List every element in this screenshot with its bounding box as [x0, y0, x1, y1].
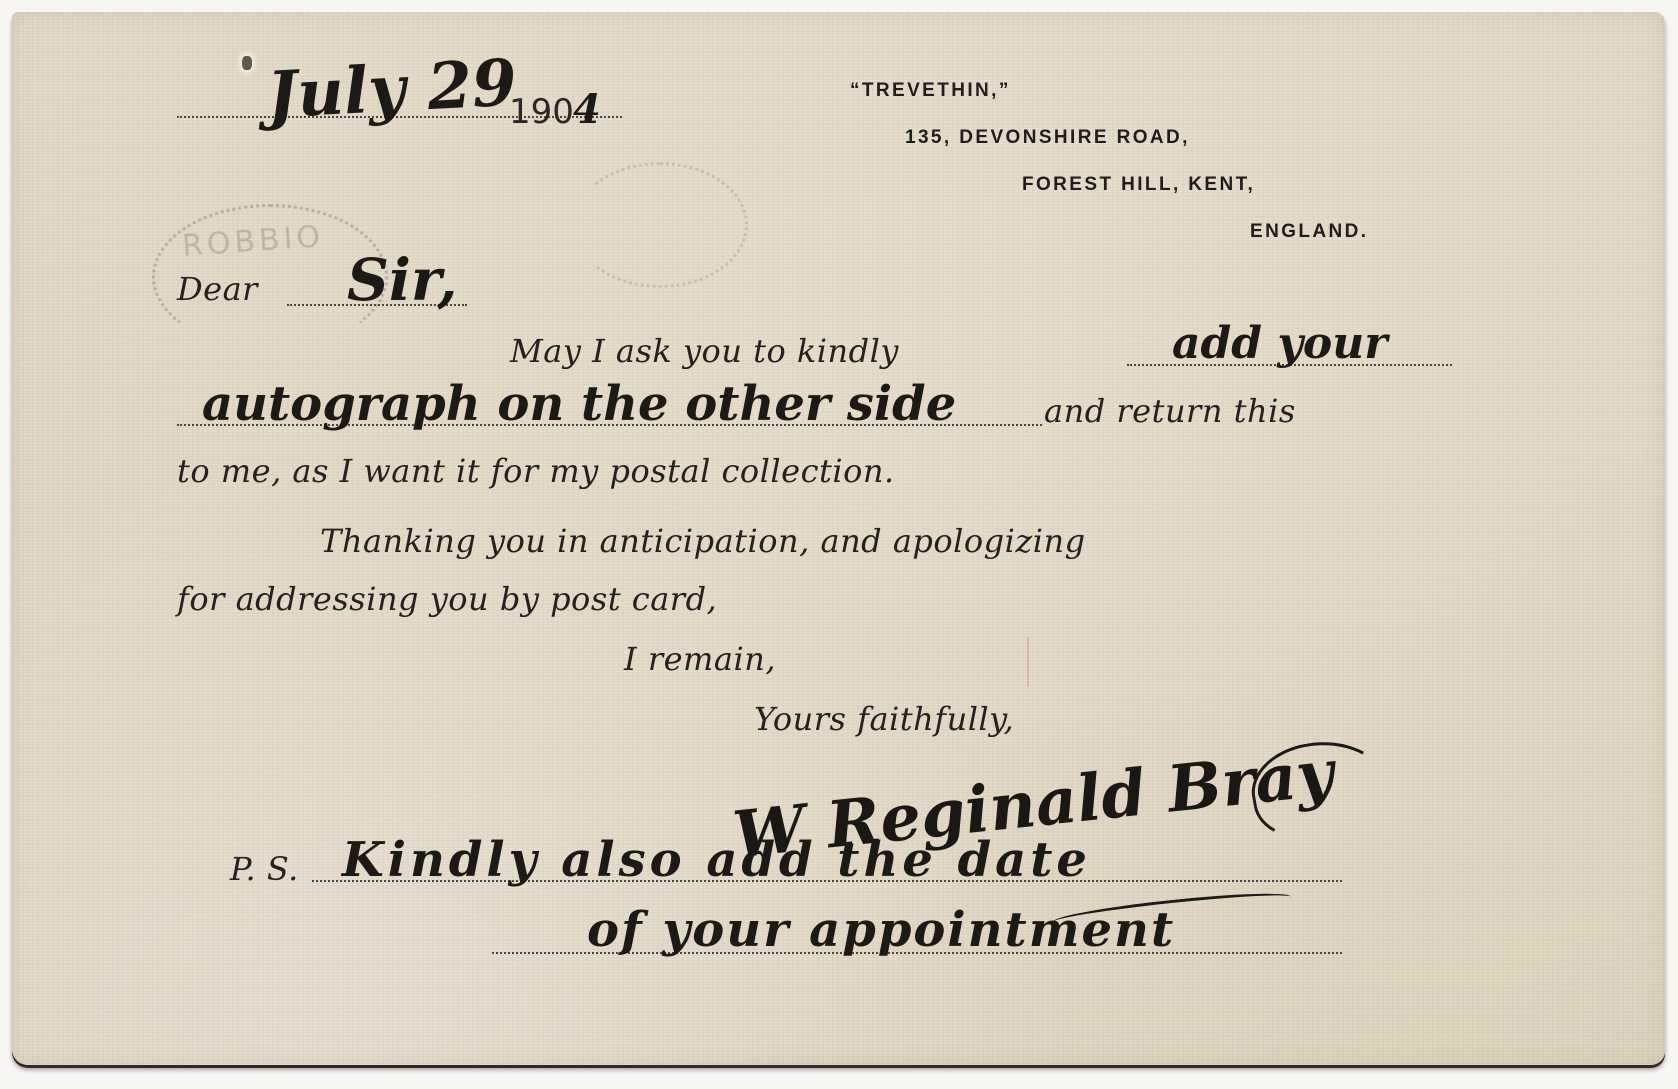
date-handwritten: July 29: [265, 46, 518, 134]
salutation-printed: Dear: [177, 270, 258, 308]
postscript-line1-handwritten: Kindly also add the date: [342, 832, 1091, 888]
postmark-stamp-faint: [572, 162, 748, 288]
body-line2-printed: and return this: [1044, 392, 1296, 430]
postcard: ROBBIO July 29 190 4 “TREVETHIN,” 135, D…: [12, 12, 1665, 1065]
date-printed-year: 190: [509, 92, 574, 132]
address-locality: FOREST HILL, KENT,: [1022, 174, 1255, 196]
body-line4-printed: Thanking you in anticipation, and apolog…: [320, 522, 1086, 560]
salutation-handwritten: Sir,: [347, 246, 457, 314]
punch-hole: [242, 56, 252, 70]
body-line5-printed: for addressing you by post card,: [177, 580, 717, 618]
address-house-name: “TREVETHIN,”: [850, 80, 1011, 102]
address-country: ENGLAND.: [1250, 221, 1368, 243]
body-line1-printed: May I ask you to kindly: [510, 332, 899, 370]
body-line3-printed: to me, as I want it for my postal collec…: [177, 452, 895, 490]
closing-yours: Yours faithfully,: [754, 700, 1014, 738]
closing-remain: I remain,: [624, 640, 776, 678]
date-handwritten-year: 4: [573, 86, 601, 133]
address-street: 135, DEVONSHIRE ROAD,: [905, 127, 1190, 149]
body-line1-handwritten: add your: [1172, 318, 1387, 369]
body-line2-handwritten: autograph on the other side: [202, 376, 956, 432]
stain-mark: [1027, 637, 1029, 687]
postscript-line2-handwritten: of your appointment: [587, 902, 1175, 958]
postscript-label: P. S.: [230, 850, 299, 888]
